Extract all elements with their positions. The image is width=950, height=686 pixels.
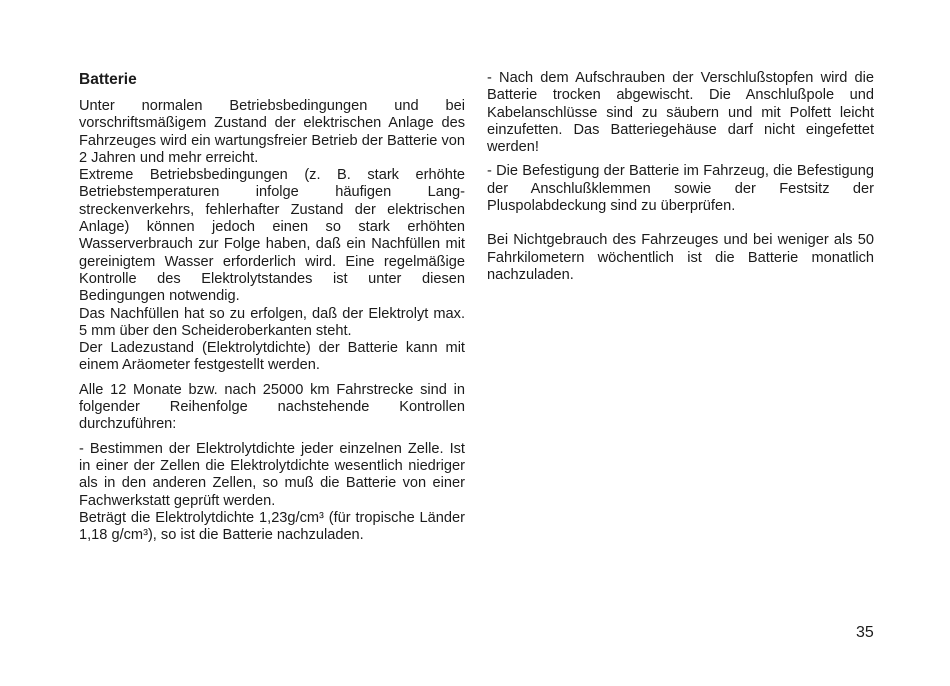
paragraph-non-use: Bei Nichtgebrauch des Fahrzeuges und bei… [487, 232, 874, 284]
paragraph-refill: Das Nachfüllen hat so zu erfolgen, daß d… [79, 306, 465, 341]
paragraph-charge-state: Der Ladezustand (Elektrolytdichte) der B… [79, 340, 465, 375]
paragraph-maintenance-interval: Alle 12 Monate bzw. nach 25000 km Fahrst… [79, 382, 465, 434]
right-column: - Nach dem Aufschrauben der Verschlußsto… [487, 70, 874, 284]
page-number: 35 [856, 624, 874, 642]
paragraph-intro: Unter normalen Betriebsbedingungen und b… [79, 98, 465, 167]
paragraph-electrolyte-check: - Bestimmen der Elektrolytdichte jeder e… [79, 441, 465, 510]
paragraph-mounting-check: - Die Befestigung der Batterie im Fahrze… [487, 163, 874, 215]
section-heading: Batterie [79, 70, 465, 90]
paragraph-recharge-threshold: Beträgt die Elektrolytdichte 1,23g/cm³ (… [79, 510, 465, 545]
left-column: Batterie Unter normalen Betriebsbedingun… [79, 70, 465, 544]
paragraph-cleaning: - Nach dem Aufschrauben der Verschlußsto… [487, 70, 874, 156]
paragraph-extreme-conditions: Extreme Betriebsbedingungen (z. B. stark… [79, 167, 465, 305]
